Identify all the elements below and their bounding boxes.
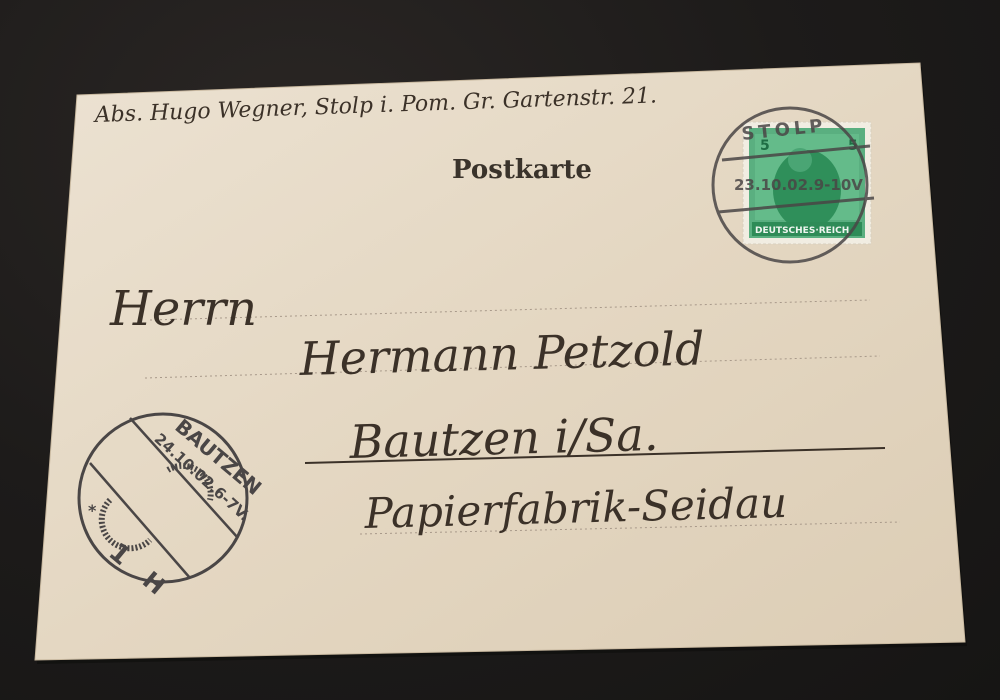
postcard-title: Postkarte — [452, 155, 592, 185]
origin-postmark-date: 23.10.02.9-10V — [734, 176, 863, 194]
arrival-postmark-star: * — [88, 501, 97, 520]
stamp-country-label: DEUTSCHES·REICH — [755, 226, 849, 236]
salutation: Herrn — [109, 281, 257, 337]
postcard-scene: Abs. Hugo Wegner, Stolp i. Pom. Gr. Gart… — [0, 0, 1000, 700]
recipient-city: Bautzen i/Sa. — [348, 407, 659, 469]
recipient-name: Hermann Petzold — [298, 321, 705, 386]
